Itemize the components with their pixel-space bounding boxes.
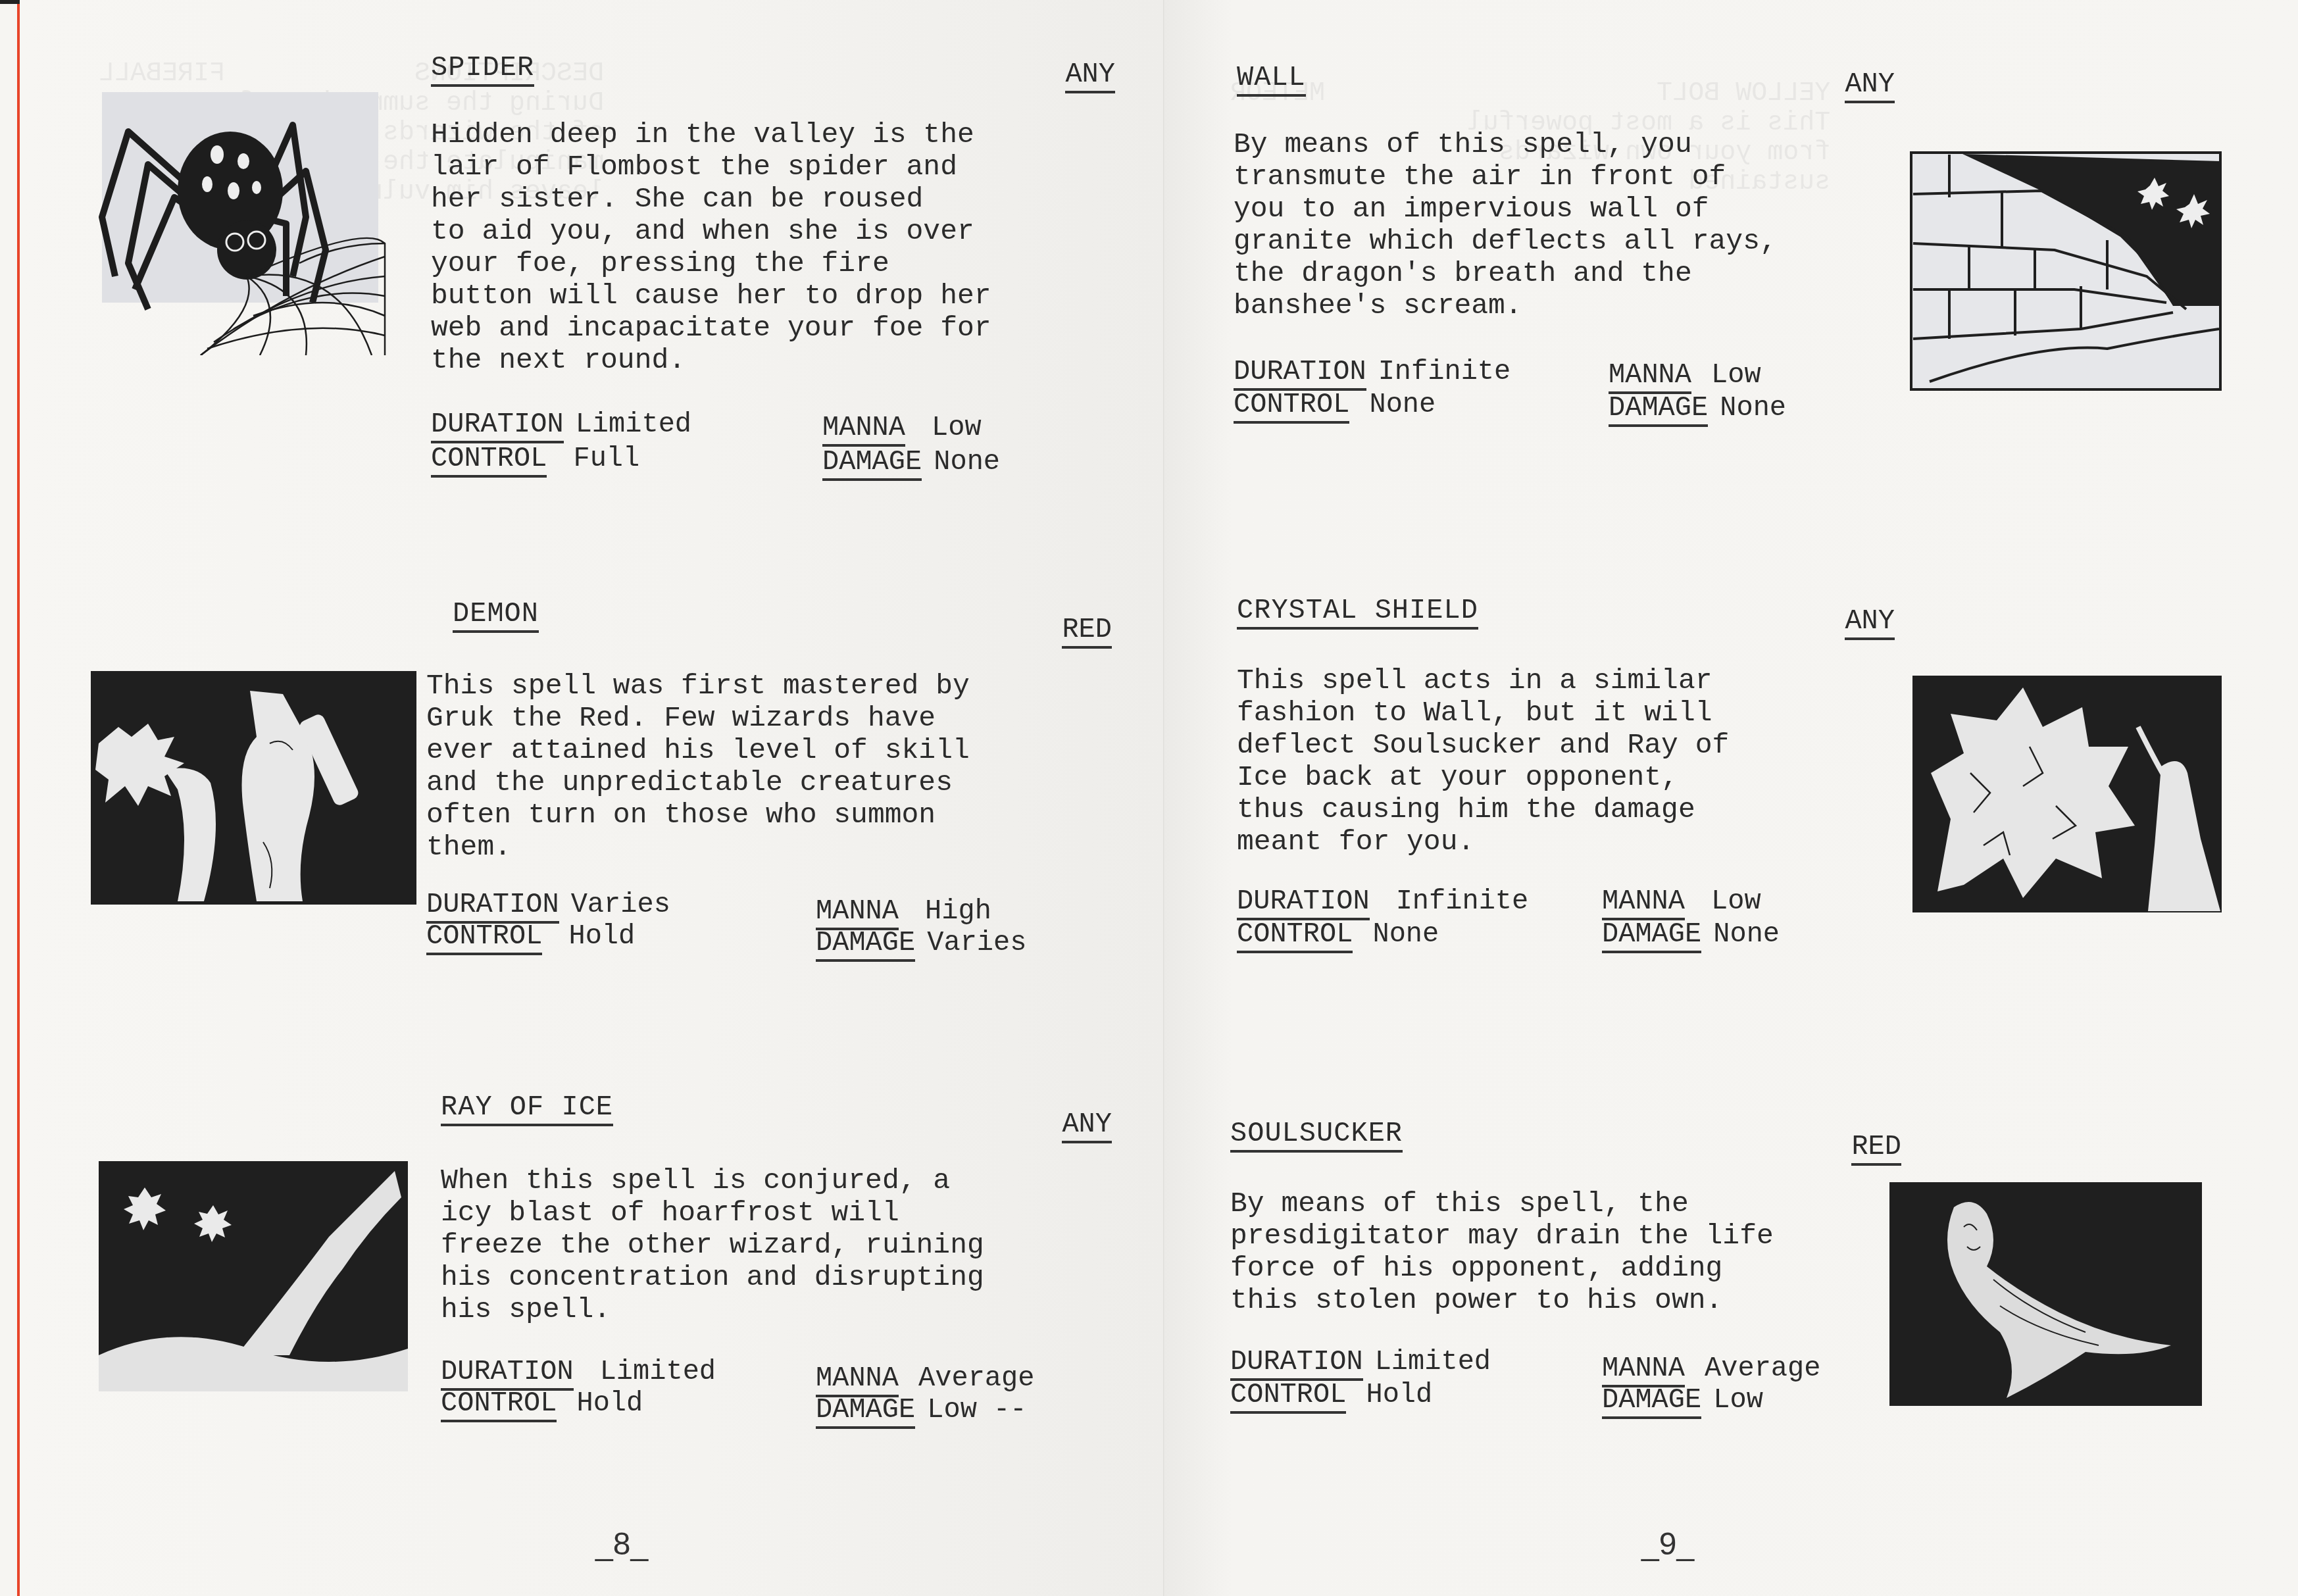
spell-stats: DURATIONInfinite CONTROLNone MANNALow DA… [1237,885,1921,957]
stat-damage: DAMAGENone [1602,918,1780,951]
stat-duration: DURATIONLimited [1230,1345,1491,1378]
spell-name: SPIDER [431,53,534,87]
spell-color: ANY [1065,59,1115,93]
page-number: _8_ [595,1526,648,1562]
spell-entry-soulsucker: SOULSUCKER RED By means of this spell, t… [1230,1118,1934,1434]
spell-color: RED [1851,1132,1901,1166]
stat-duration: DURATIONLimited [441,1355,716,1388]
spell-color: ANY [1062,1109,1112,1143]
cover-edge [0,0,20,1596]
spell-entry-spider: SPIDER ANY Hidden deep in the valley is … [431,53,1128,474]
stat-damage: DAMAGELow [1602,1384,1763,1416]
cover-corner [0,0,20,4]
stat-damage: DAMAGENone [822,445,1000,478]
stat-manna: MANNAAverage [1602,1352,1820,1385]
stat-duration: DURATIONInfinite [1237,885,1528,918]
stat-manna: MANNALow [1602,885,1761,918]
stat-control: CONTROLHold [441,1387,643,1420]
wall-illustration [1910,151,2222,391]
stat-damage: DAMAGELow -- [816,1393,1026,1426]
spider-illustration [89,92,414,355]
stat-duration: DURATIONLimited [431,408,691,441]
stat-manna: MANNAHigh [816,895,991,928]
soulsucker-illustration [1888,1181,2204,1408]
spell-entry-ray-of-ice: RAY OF ICE ANY When this spell is conjur… [441,1092,1138,1447]
stat-manna: MANNALow [822,411,982,444]
stat-control: CONTROLHold [1230,1378,1432,1411]
spell-name: WALL [1237,62,1306,97]
spell-description: This spell was first mastered by Gruk th… [426,670,970,863]
demon-illustration [86,664,421,908]
left-page: DESCRIPTIONS FIREBALL During the summoni… [20,0,1164,1596]
spell-description: This spell acts in a similar fashion to … [1237,664,1729,858]
spell-color: ANY [1845,606,1895,640]
manual-spread: DESCRIPTIONS FIREBALL During the summoni… [0,0,2298,1596]
spell-stats: DURATIONInfinite CONTROLNone MANNALow DA… [1234,355,1918,428]
crystal-shield-illustration [1911,674,2224,914]
ray-of-ice-illustration [92,1158,414,1395]
spell-stats: DURATIONLimited CONTROLFull MANNALow DAM… [431,408,1128,480]
spell-stats: DURATIONLimited CONTROLHold MANNAAverage… [441,1355,1138,1428]
spell-stats: DURATIONVaries CONTROLHold MANNAHigh DAM… [426,888,1130,960]
spell-color: ANY [1845,69,1895,103]
stat-manna: MANNALow [1609,359,1761,391]
stat-manna: MANNAAverage [816,1362,1034,1395]
stat-duration: DURATIONVaries [426,888,670,921]
stat-damage: DAMAGENone [1609,391,1786,424]
spell-description: By means of this spell, you transmute th… [1234,128,1777,322]
right-page: YELLOW BOLT METEOR This is a most powerf… [1164,0,2298,1596]
stat-control: CONTROLHold [426,920,635,953]
spell-stats: DURATIONLimited CONTROLHold MANNAAverage… [1230,1345,1934,1418]
stat-duration: DURATIONInfinite [1234,355,1511,388]
spell-entry-wall: WALL ANY By means of this spell, you tra… [1234,62,1918,457]
spell-entry-crystal-shield: CRYSTAL SHIELD ANY This spell acts in a … [1237,595,1921,964]
spell-description: Hidden deep in the valley is the lair of… [431,118,991,376]
spell-description: By means of this spell, the presdigitato… [1230,1187,1774,1316]
spell-description: When this spell is conjured, a icy blast… [441,1164,984,1326]
stat-control: CONTROLFull [431,442,639,475]
spell-entry-demon: DEMON RED This spell was first mastered … [426,599,1130,1007]
spell-color: RED [1062,614,1112,649]
stat-damage: DAMAGEVaries [816,926,1026,959]
stat-control: CONTROLNone [1234,388,1436,421]
spell-name: CRYSTAL SHIELD [1237,595,1478,630]
spell-name: RAY OF ICE [441,1092,613,1126]
spell-name: SOULSUCKER [1230,1118,1403,1153]
page-number: _9_ [1641,1526,1694,1562]
spell-name: DEMON [453,599,539,633]
stat-control: CONTROLNone [1237,918,1439,951]
